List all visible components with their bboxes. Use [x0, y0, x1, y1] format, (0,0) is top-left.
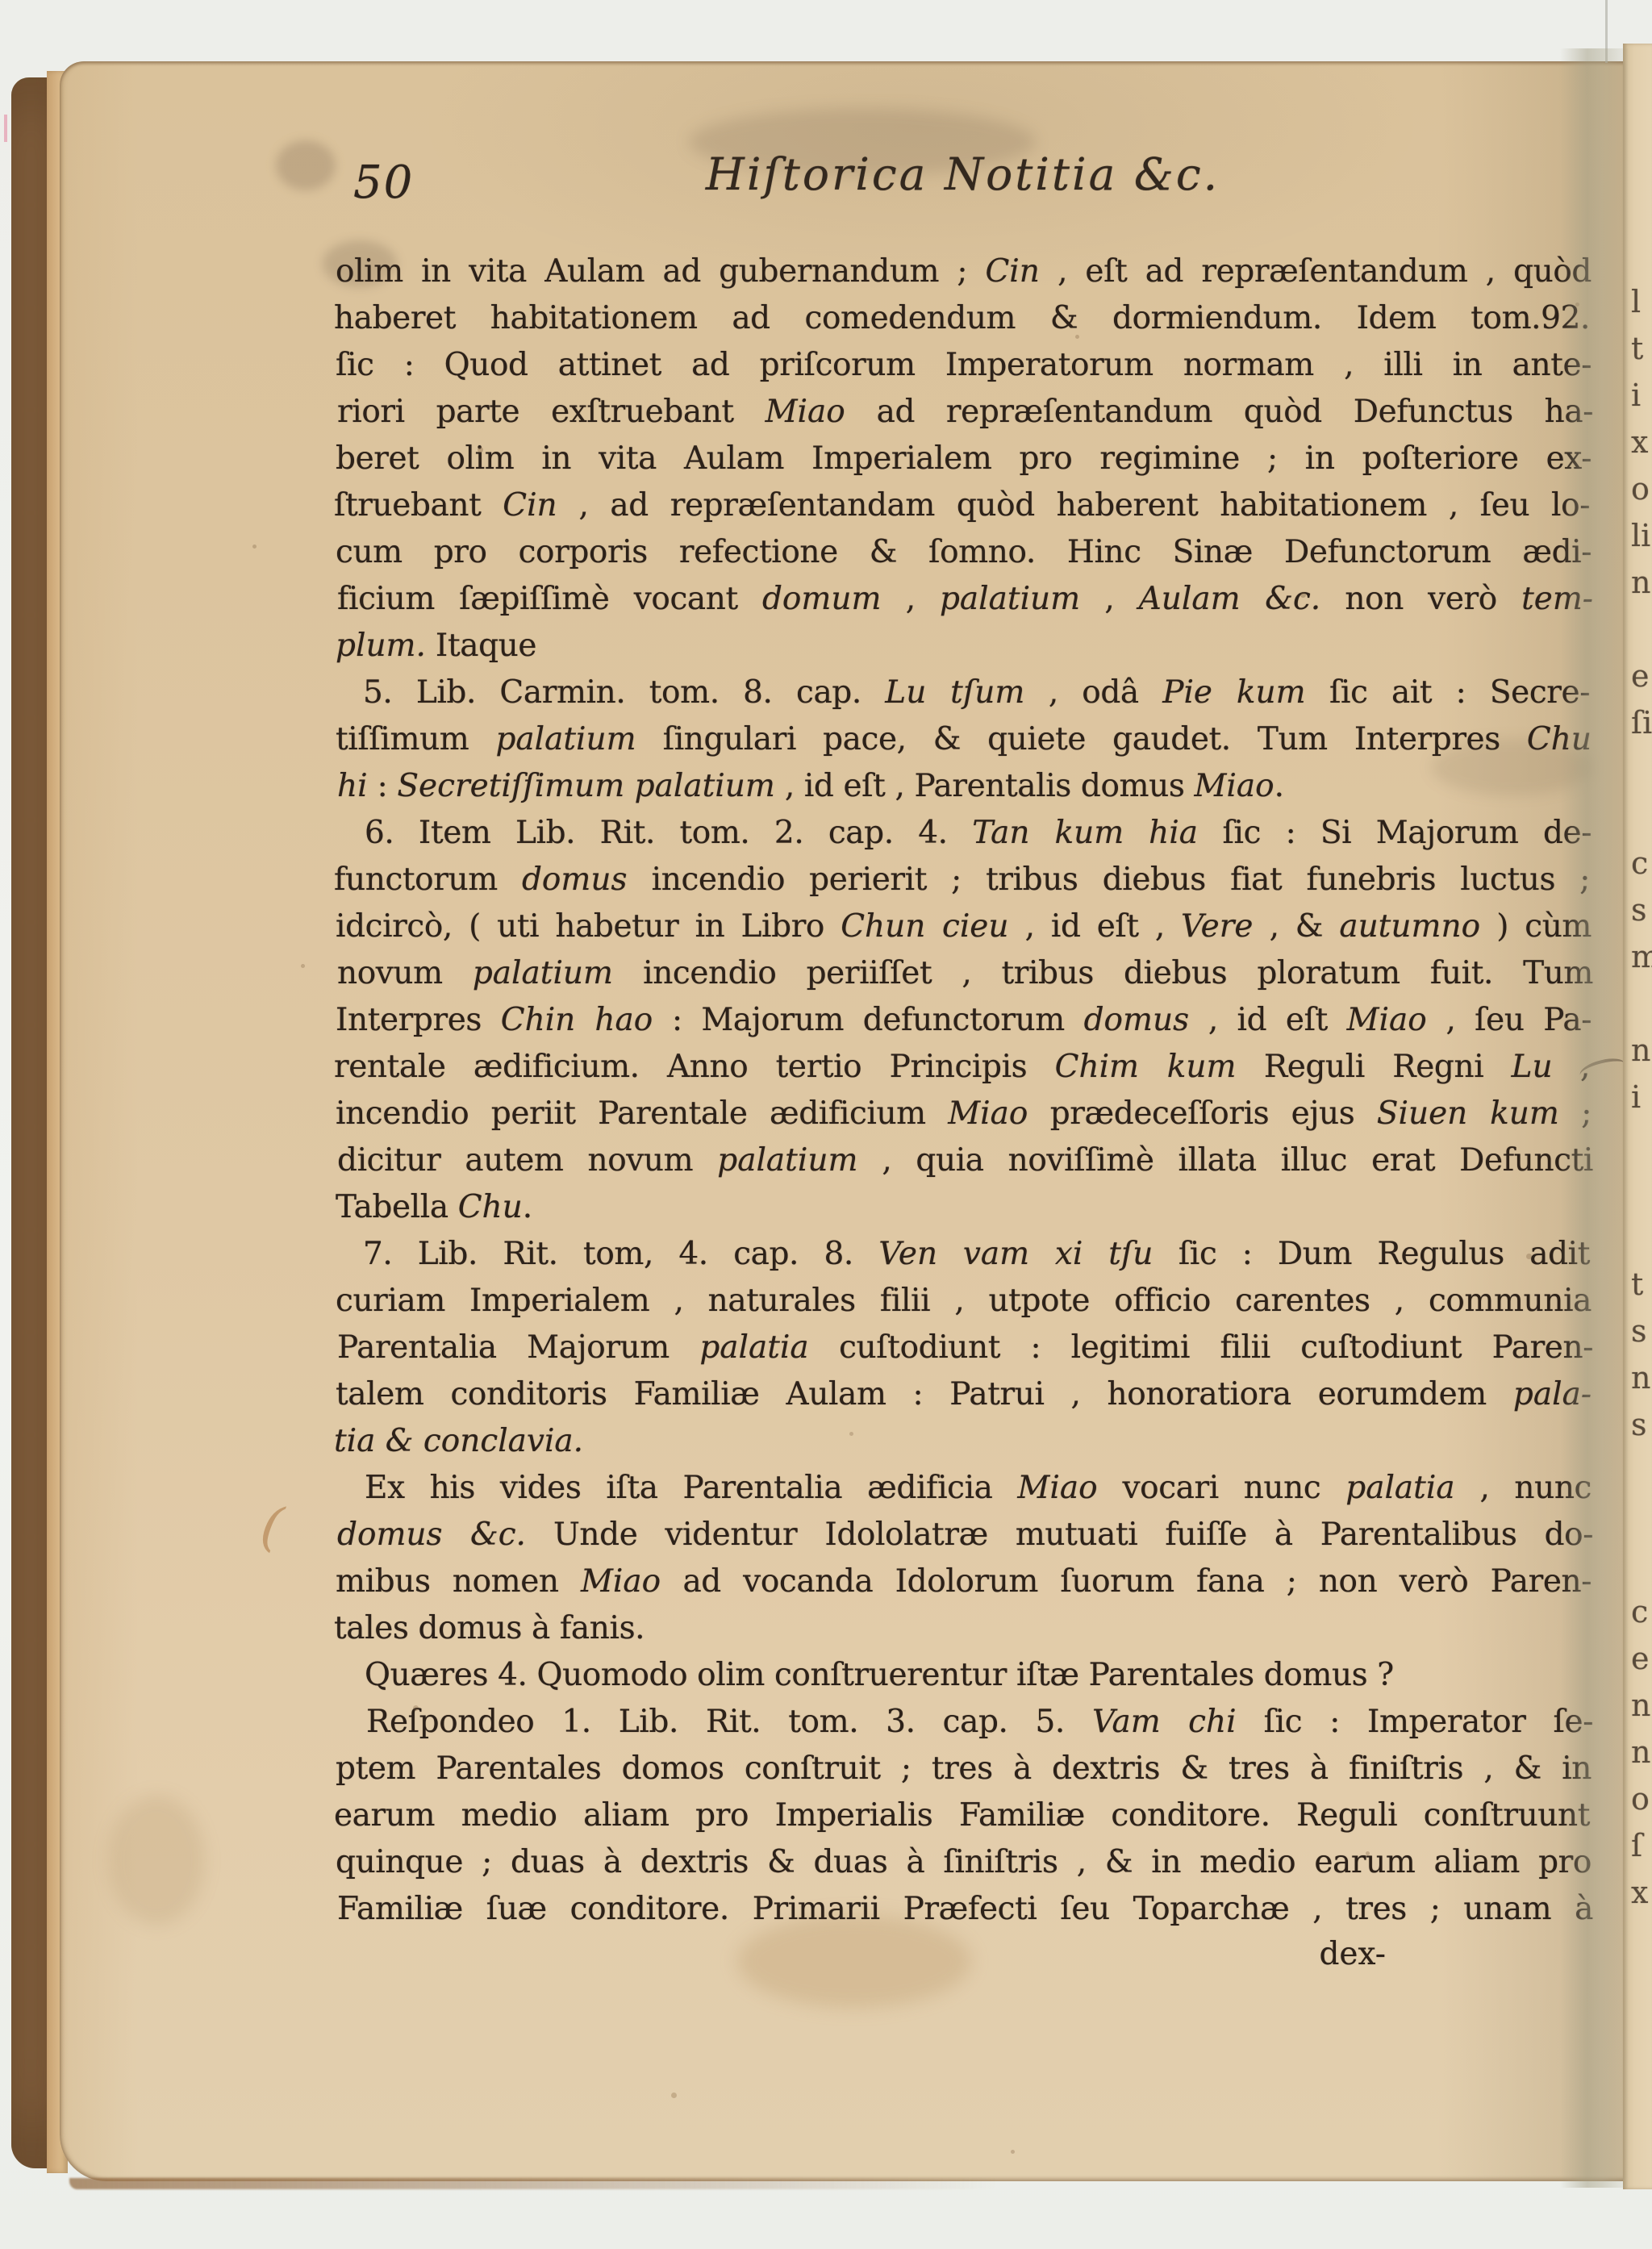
text-line: olim in vita Aulam ad gubernandum ; Cin …: [336, 248, 1592, 295]
text-line: tia & conclavia.: [334, 1418, 1590, 1465]
edge-fragment: t: [1631, 331, 1643, 366]
edge-fragment: ſ: [1631, 1828, 1642, 1863]
book-page: 50 Hiſtorica Notitia &c. olim in vita Au…: [60, 61, 1625, 2181]
text-line: Familiæ ſuæ conditore. Primarii Præfecti…: [337, 1886, 1593, 1933]
catchword: dex-: [336, 1936, 1592, 1972]
text-line: plum. Itaque: [336, 623, 1592, 670]
edge-fragment: e: [1631, 658, 1650, 694]
edge-fragment: o: [1631, 471, 1650, 507]
edge-fragment: c: [1631, 845, 1648, 881]
text-line: beret olim in vita Aulam Imperialem pro …: [336, 436, 1592, 482]
text-line: talem conditoris Familiæ Aulam : Patrui …: [336, 1371, 1592, 1418]
edge-fragment: n: [1631, 1033, 1650, 1068]
text-line: ſtruebant Cin , ad repræſentandam quòd h…: [334, 482, 1590, 529]
edge-fragment: n: [1631, 565, 1650, 600]
edge-fragment: x: [1631, 424, 1648, 460]
edge-fragment: c: [1631, 1594, 1648, 1629]
edge-fragment: m: [1631, 939, 1652, 974]
book-fore-edge: [11, 77, 50, 2168]
edge-fragment: s: [1631, 892, 1647, 928]
text-line: Tabella Chu.: [336, 1184, 1592, 1231]
edge-fragment: e: [1631, 1641, 1650, 1676]
paper-stain: [108, 1796, 205, 1925]
text-line: cum pro corporis refectione & ſomno. Hin…: [336, 529, 1592, 576]
text-line: curiam Imperialem , naturales filii , ut…: [336, 1278, 1592, 1325]
text-line: Interpres Chin hao : Majorum defunctorum…: [336, 997, 1592, 1044]
under-page-edge: [69, 2178, 997, 2189]
text-line: riori parte exſtruebant Miao ad repræſen…: [337, 389, 1593, 436]
text-line: domus &c. Unde videntur Idololatræ mutua…: [337, 1512, 1593, 1558]
text-line: tiſſimum palatium ſingulari pace, & quie…: [336, 716, 1592, 763]
edge-fragment: li: [1631, 518, 1650, 553]
text-line: tales domus à fanis.: [334, 1605, 1590, 1652]
text-line: earum medio aliam pro Imperialis Familiæ…: [334, 1792, 1590, 1839]
gutter-shadow: [1560, 48, 1628, 2188]
text-line: Ex his vides iſta Parentalia ædificia Mi…: [336, 1465, 1592, 1512]
edge-fragment: n: [1631, 1360, 1650, 1396]
edge-fragment: i: [1631, 378, 1641, 413]
text-line: haberet habitationem ad comedendum & dor…: [334, 295, 1590, 342]
edge-fragment: i: [1631, 1079, 1641, 1115]
text-line: ficium ſæpiſſimè vocant domum , palatium…: [337, 576, 1593, 623]
dust-specks: [60, 61, 62, 64]
text-line: functorum domus incendio perierit ; trib…: [334, 857, 1590, 903]
text-line: rentale ædificium. Anno tertio Principis…: [334, 1044, 1590, 1091]
text-line: hi : Secretiſſimum palatium , id eſt , P…: [337, 763, 1593, 810]
text-line: Reſpondeo 1. Lib. Rit. tom. 3. cap. 5. V…: [337, 1699, 1593, 1746]
edge-fragment: x: [1631, 1875, 1648, 1910]
text-line: ſic : Quod attinet ad priſcorum Imperato…: [336, 342, 1592, 389]
text-line: incendio periit Parentale ædificium Miao…: [336, 1091, 1592, 1137]
text-line: Quæres 4. Quomodo olim conſtruerentur iſ…: [336, 1652, 1592, 1699]
text-line: ptem Parentales domos conſtruit ; tres à…: [336, 1746, 1592, 1792]
text-line: 6. Item Lib. Rit. tom. 2. cap. 4. Tan ku…: [336, 810, 1592, 857]
text-line: novum palatium incendio periiſſet , trib…: [337, 950, 1593, 997]
edge-fragment: t: [1631, 1266, 1643, 1302]
running-title: Hiſtorica Notitia &c.: [336, 148, 1590, 200]
text-line: 5. Lib. Carmin. tom. 8. cap. Lu tſum , o…: [334, 670, 1590, 716]
pencil-mark: (: [257, 1494, 286, 1558]
scan-artifact: [4, 115, 7, 142]
edge-fragment: s: [1631, 1313, 1647, 1349]
text-line: dicitur autem novum palatium , quia novi…: [337, 1137, 1593, 1184]
text-line: 7. Lib. Rit. tom, 4. cap. 8. Ven vam xi …: [334, 1231, 1590, 1278]
edge-fragment: o: [1631, 1781, 1650, 1817]
text-block: olim in vita Aulam ad gubernandum ; Cin …: [336, 248, 1592, 1933]
edge-fragment: n: [1631, 1734, 1650, 1770]
edge-fragment: n: [1631, 1688, 1650, 1723]
edge-fragment: ſi: [1631, 705, 1652, 741]
edge-fragment: l: [1631, 284, 1641, 319]
text-line: mibus nomen Miao ad vocanda Idolorum ſuo…: [336, 1558, 1592, 1605]
ink-smudge: [276, 140, 336, 190]
edge-fragment: s: [1631, 1407, 1647, 1442]
text-line: Parentalia Majorum palatia cuſtodiunt : …: [337, 1325, 1593, 1371]
book-scan: 50 Hiſtorica Notitia &c. olim in vita Au…: [0, 0, 1652, 2249]
text-line: idcircò, ( uti habetur in Libro Chun cie…: [336, 903, 1592, 950]
text-line: quinque ; duas à dextris & duas à ſiniſt…: [336, 1839, 1592, 1886]
